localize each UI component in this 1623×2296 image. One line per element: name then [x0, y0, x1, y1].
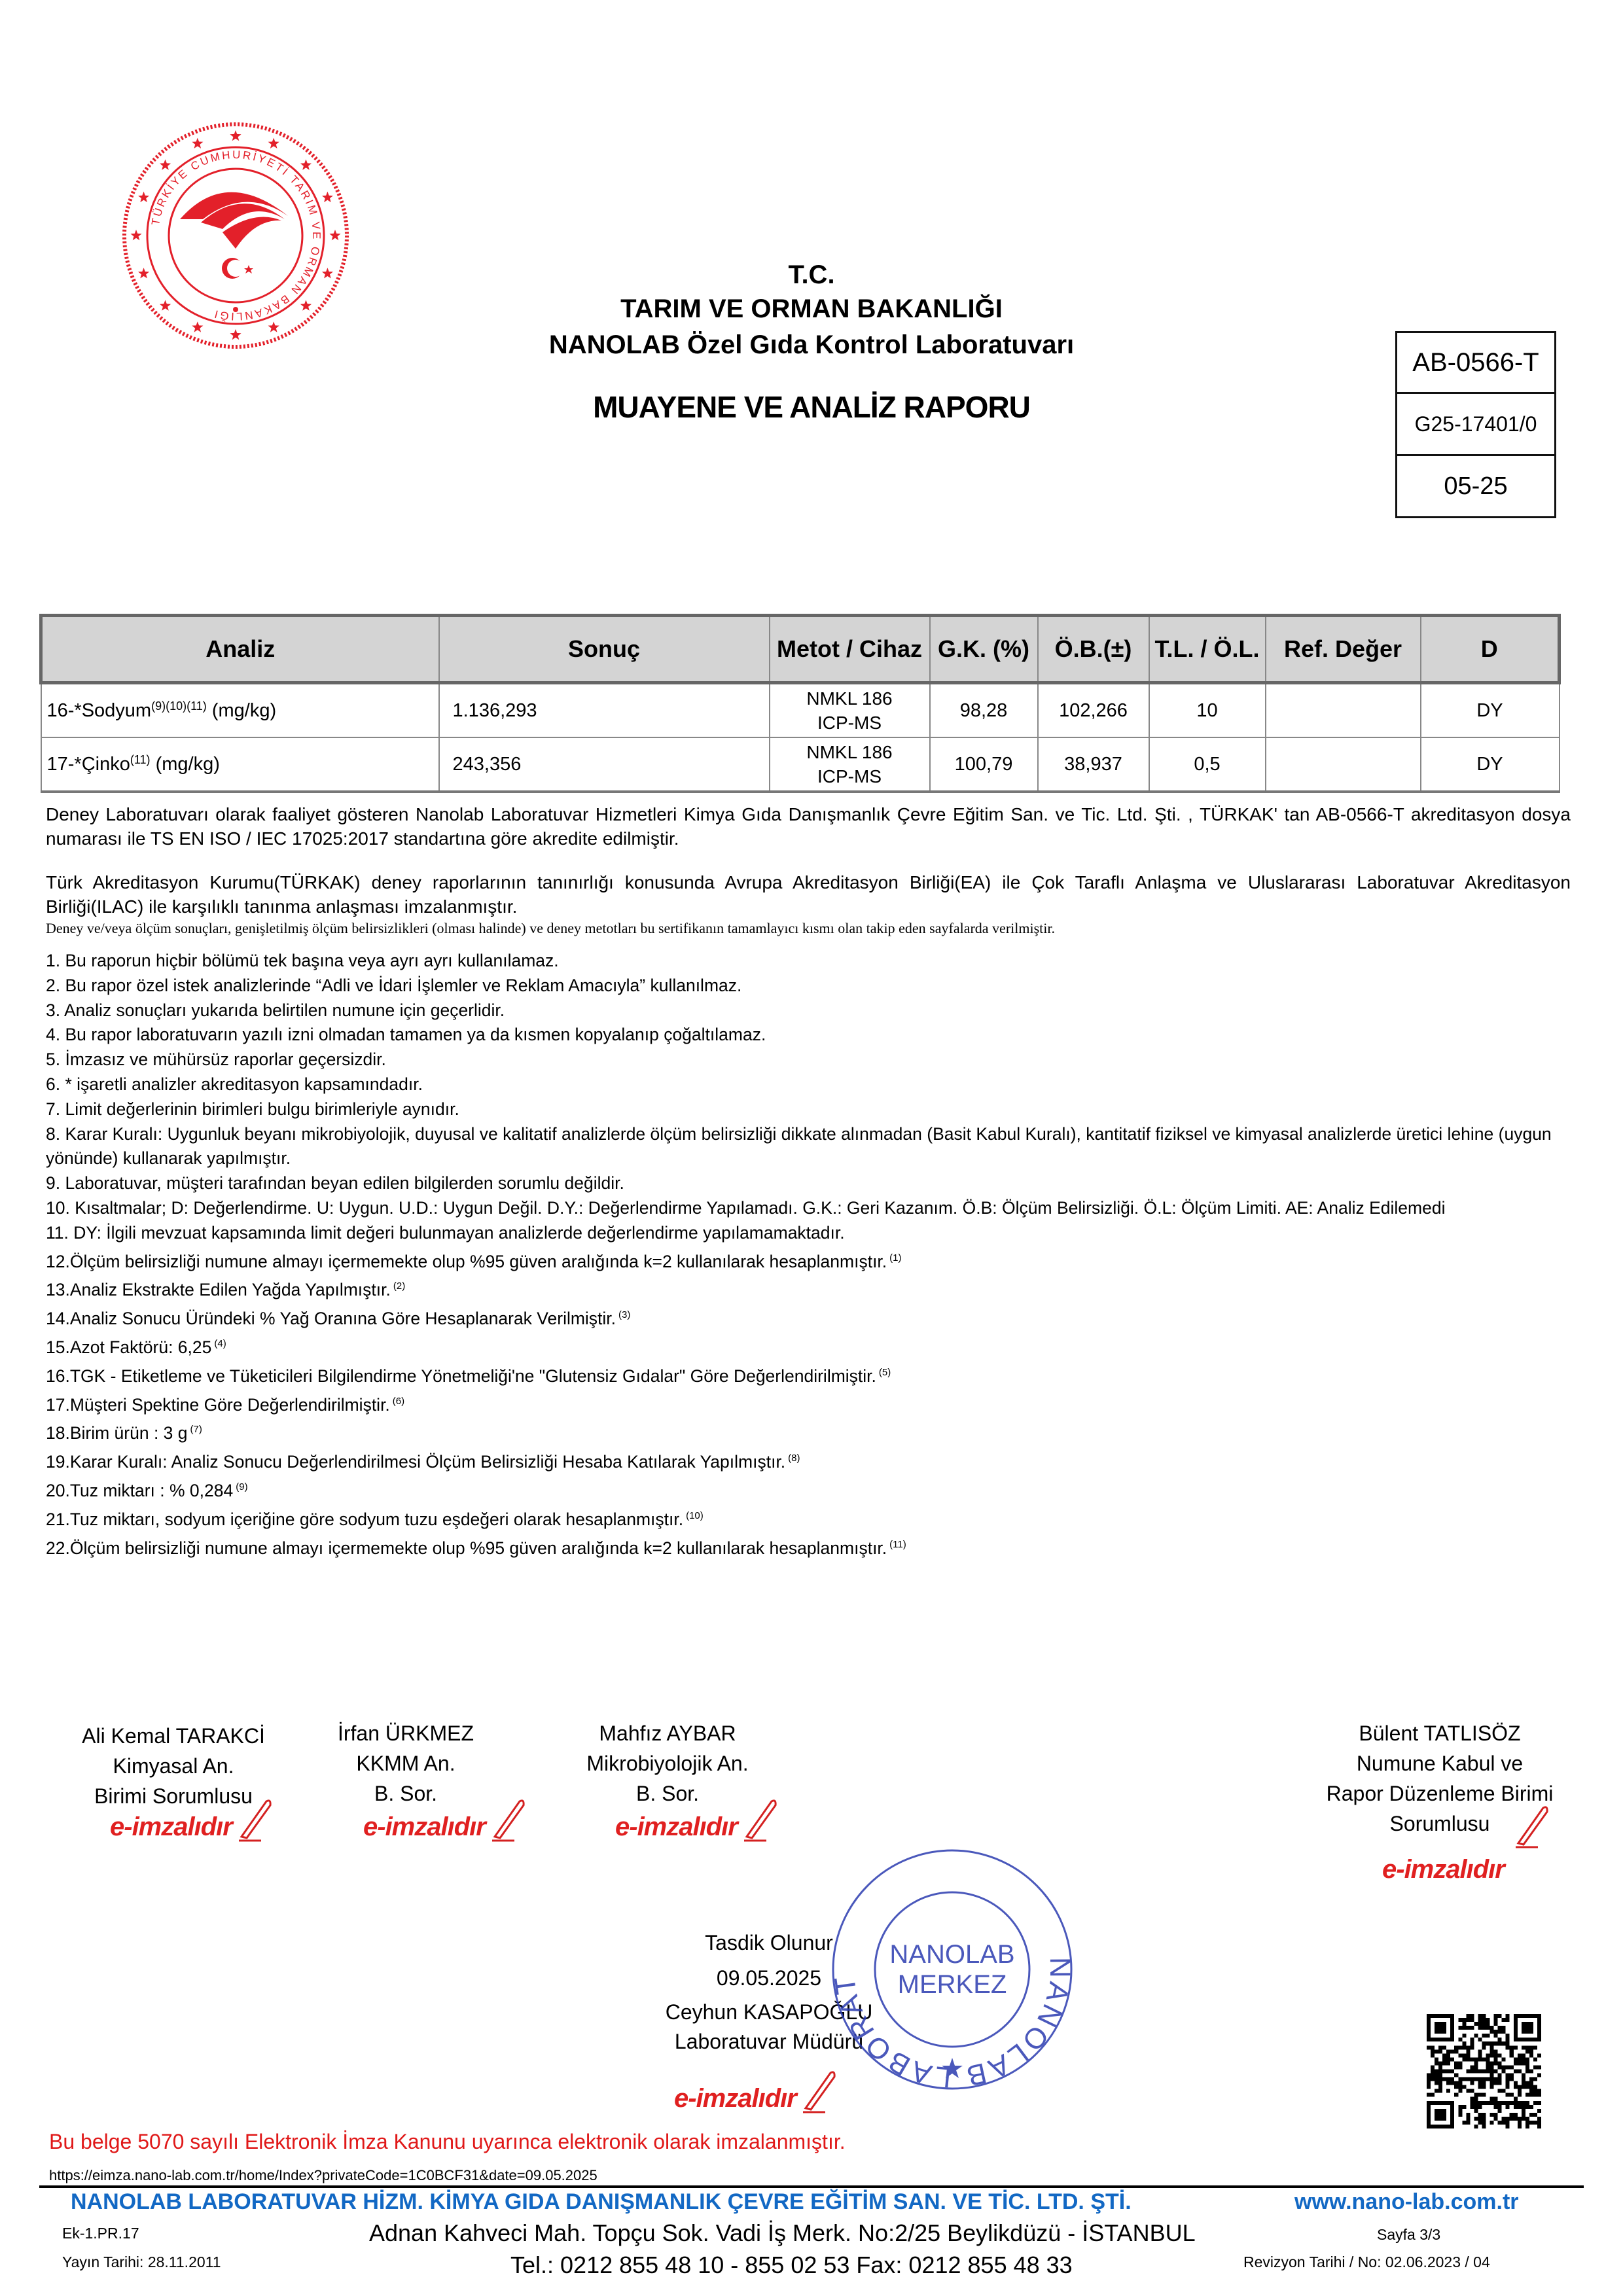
header-tc: T.C.	[458, 260, 1165, 290]
e-signed-label: e-imzalıdır	[110, 1812, 232, 1841]
uncertainty-cell: 38,937	[1038, 737, 1149, 792]
signer-2: İrfan ÜRKMEZ KKMM An. B. Sor.	[308, 1718, 504, 1809]
recovery-cell: 98,28	[930, 683, 1038, 738]
note-item: 4. Bu rapor laboratuvarın yazılı izni ol…	[46, 1023, 1571, 1048]
column-header-sonuc: Sonuç	[439, 616, 770, 683]
column-header-ref: Ref. Değer	[1266, 616, 1421, 683]
note-item: 17.Müşteri Spektine Göre Değerlendirilmi…	[46, 1389, 1571, 1418]
unit: (mg/kg)	[151, 754, 220, 775]
note-text: 21.Tuz miktarı, sodyum içeriğine göre so…	[46, 1510, 683, 1529]
note-footnote-ref: (1)	[889, 1252, 901, 1263]
note-text: 16.TGK - Etiketleme ve Tüketicileri Bilg…	[46, 1366, 876, 1386]
pen-icon	[235, 1796, 274, 1842]
pen-icon	[488, 1796, 527, 1842]
recovery-cell: 100,79	[930, 737, 1038, 792]
result-cell: 243,356	[439, 737, 770, 792]
date-code: 05-25	[1397, 456, 1554, 516]
note-text: 19.Karar Kuralı: Analiz Sonucu Değerlend…	[46, 1452, 785, 1472]
company-phone: Tel.: 0212 855 48 10 - 855 02 53 Fax: 02…	[510, 2252, 1073, 2279]
note-text: 4. Bu rapor laboratuvarın yazılı izni ol…	[46, 1025, 766, 1044]
note-text: 8. Karar Kuralı: Uygunluk beyanı mikrobi…	[46, 1124, 1552, 1169]
svg-text:MERKEZ: MERKEZ	[898, 1970, 1007, 1999]
e-signed-label: e-imzalıdır	[615, 1812, 738, 1841]
note-text: 3. Analiz sonuçları yukarıda belirtilen …	[46, 1000, 505, 1020]
unit: (mg/kg)	[207, 700, 276, 721]
verification-link[interactable]: https://eimza.nano-lab.com.tr/home/Index…	[49, 2167, 597, 2184]
footer-divider	[39, 2185, 1584, 2188]
note-footnote-ref: (10)	[686, 1510, 704, 1521]
note-item: 12.Ölçüm belirsizliği numune almayı içer…	[46, 1246, 1571, 1275]
report-number: G25-17401/0	[1397, 394, 1554, 456]
note-text: 20.Tuz miktarı : % 0,284	[46, 1481, 233, 1500]
qr-code-icon[interactable]	[1427, 2014, 1541, 2128]
note-text: 7. Limit değerlerinin birimleri bulgu bi…	[46, 1099, 459, 1119]
result-cell: 1.136,293	[439, 683, 770, 738]
recognition-statement: Türk Akreditasyon Kurumu(TÜRKAK) deney r…	[46, 870, 1571, 919]
svg-text:NANOLAB LABORATUVAR HİZMETLERİ: NANOLAB LABORATUVAR HİZMETLERİ	[828, 1845, 1076, 2093]
revision-info: Revizyon Tarihi / No: 02.06.2023 / 04	[1243, 2253, 1490, 2271]
e-signature-badge: e-imzalıdır	[615, 1796, 779, 1842]
analiz-cell: 16-*Sodyum(9)(10)(11) (mg/kg)	[41, 683, 439, 738]
note-footnote-ref: (2)	[393, 1280, 405, 1292]
accreditation-number: AB-0566-T	[1397, 333, 1554, 394]
note-item: 11. DY: İlgili mevzuat kapsamında limit …	[46, 1221, 1571, 1246]
e-signed-label: e-imzalıdır	[363, 1812, 486, 1841]
note-footnote-ref: (11)	[889, 1539, 906, 1550]
signer-name: Mahfız AYBAR	[563, 1718, 772, 1748]
note-footnote-ref: (5)	[879, 1367, 891, 1378]
method-cell: NMKL 186ICP-MS	[770, 683, 930, 738]
note-footnote-ref: (3)	[618, 1309, 630, 1320]
note-text: 14.Analiz Sonucu Üründeki % Yağ Oranına …	[46, 1309, 616, 1328]
laboratory-name: NANOLAB Özel Gıda Kontrol Laboratuvarı	[458, 330, 1165, 360]
e-signed-label: e-imzalıdır	[1382, 1855, 1505, 1884]
note-text: 12.Ölçüm belirsizliği numune almayı içer…	[46, 1252, 887, 1271]
note-text: 10. Kısaltmalar; D: Değerlendirme. U: Uy…	[46, 1198, 1445, 1218]
note-text: 15.Azot Faktörü: 6,25	[46, 1337, 211, 1357]
column-header-tl-ol: T.L. / Ö.L.	[1149, 616, 1266, 683]
e-signature-badge: e-imzalıdır	[110, 1796, 274, 1842]
ministry-logo-icon: TÜRKİYE CUMHURİYETİ TARIM VE ORMAN BAKAN…	[115, 115, 357, 357]
note-text: 1. Bu raporun hiçbir bölümü tek başına v…	[46, 951, 559, 970]
notes-list: 1. Bu raporun hiçbir bölümü tek başına v…	[46, 949, 1571, 1561]
accreditation-statement: Deney Laboratuvarı olarak faaliyet göste…	[46, 802, 1571, 851]
publication-date: Yayın Tarihi: 28.11.2011	[62, 2253, 221, 2271]
e-signature-badge: e-imzalıdır	[674, 2068, 838, 2113]
note-text: 6. * işaretli analizler akreditasyon kap…	[46, 1074, 423, 1094]
results-note: Deney ve/veya ölçüm sonuçları, genişleti…	[46, 916, 1571, 940]
column-header-metot: Metot / Cihaz	[770, 616, 930, 683]
note-item: 20.Tuz miktarı : % 0,284(9)	[46, 1475, 1571, 1504]
column-header-ob: Ö.B.(±)	[1038, 616, 1149, 683]
analysis-name: 17-*Çinko	[47, 754, 130, 775]
method-cell: NMKL 186ICP-MS	[770, 737, 930, 792]
note-text: 9. Laboratuvar, müşteri tarafından beyan…	[46, 1173, 624, 1193]
note-item: 18.Birim ürün : 3 g(7)	[46, 1417, 1571, 1446]
note-item: 13.Analiz Ekstrakte Edilen Yağda Yapılmı…	[46, 1274, 1571, 1303]
report-title: MUAYENE VE ANALİZ RAPORU	[458, 389, 1165, 425]
device-name: ICP-MS	[776, 764, 924, 788]
note-footnote-ref: (4)	[214, 1338, 226, 1349]
signer-name: Ali Kemal TARAKCİ	[59, 1721, 288, 1751]
note-item: 6. * işaretli analizler akreditasyon kap…	[46, 1072, 1571, 1097]
e-signature-badge: e-imzalıdır	[1382, 1855, 1505, 1884]
note-item: 14.Analiz Sonucu Üründeki % Yağ Oranına …	[46, 1303, 1571, 1332]
note-item: 5. İmzasız ve mühürsüz raporlar geçersiz…	[46, 1048, 1571, 1072]
footnote-refs: (11)	[130, 753, 151, 766]
evaluation-cell: DY	[1421, 683, 1560, 738]
note-text: 22.Ölçüm belirsizliği numune almayı içer…	[46, 1538, 887, 1558]
note-footnote-ref: (8)	[788, 1453, 800, 1464]
note-item: 9. Laboratuvar, müşteri tarafından beyan…	[46, 1171, 1571, 1196]
reference-cell	[1266, 683, 1421, 738]
note-text: 18.Birim ürün : 3 g	[46, 1423, 188, 1443]
device-name: ICP-MS	[776, 711, 924, 735]
table-header-row: Analiz Sonuç Metot / Cihaz G.K. (%) Ö.B.…	[41, 616, 1560, 683]
note-text: 13.Analiz Ekstrakte Edilen Yağda Yapılmı…	[46, 1280, 391, 1299]
signer-name: Bülent TATLISÖZ	[1309, 1718, 1571, 1748]
pen-icon	[1512, 1803, 1551, 1848]
company-stamp-icon: NANOLAB LABORATUVAR HİZMETLERİ NANOLAB M…	[828, 1845, 1077, 2094]
website-link[interactable]: www.nano-lab.com.tr	[1294, 2189, 1519, 2215]
signer-role: Numune Kabul ve	[1309, 1748, 1571, 1778]
column-header-analiz: Analiz	[41, 616, 439, 683]
note-text: 17.Müşteri Spektine Göre Değerlendirilmi…	[46, 1395, 390, 1415]
method-name: NMKL 186	[776, 740, 924, 764]
e-signature-notice: Bu belge 5070 sayılı Elektronik İmza Kan…	[49, 2130, 846, 2154]
note-footnote-ref: (7)	[190, 1424, 202, 1435]
note-item: 2. Bu rapor özel istek analizlerinde “Ad…	[46, 974, 1571, 998]
note-item: 3. Analiz sonuçları yukarıda belirtilen …	[46, 998, 1571, 1023]
limit-cell: 0,5	[1149, 737, 1266, 792]
evaluation-cell: DY	[1421, 737, 1560, 792]
limit-cell: 10	[1149, 683, 1266, 738]
e-signed-label: e-imzalıdır	[674, 2084, 796, 2113]
analiz-cell: 17-*Çinko(11) (mg/kg)	[41, 737, 439, 792]
footnote-refs: (9)(10)(11)	[151, 699, 207, 713]
report-code-box: AB-0566-T G25-17401/0 05-25	[1395, 331, 1556, 518]
e-signature-badge: e-imzalıdır	[363, 1796, 527, 1842]
column-header-gk: G.K. (%)	[930, 616, 1038, 683]
uncertainty-cell: 102,266	[1038, 683, 1149, 738]
note-item: 10. Kısaltmalar; D: Değerlendirme. U: Uy…	[46, 1196, 1571, 1221]
note-text: 2. Bu rapor özel istek analizlerinde “Ad…	[46, 976, 741, 995]
note-item: 16.TGK - Etiketleme ve Tüketicileri Bilg…	[46, 1360, 1571, 1389]
note-item: 1. Bu raporun hiçbir bölümü tek başına v…	[46, 949, 1571, 974]
note-footnote-ref: (6)	[393, 1396, 404, 1407]
note-footnote-ref: (9)	[236, 1481, 247, 1492]
table-row: 17-*Çinko(11) (mg/kg) 243,356 NMKL 186IC…	[41, 737, 1560, 792]
svg-text:NANOLAB: NANOLAB	[889, 1940, 1014, 1969]
company-address: Adnan Kahveci Mah. Topçu Sok. Vadi İş Me…	[369, 2219, 1196, 2247]
note-item: 21.Tuz miktarı, sodyum içeriğine göre so…	[46, 1504, 1571, 1532]
signer-role: Mikrobiyolojik An.	[563, 1748, 772, 1778]
note-item: 8. Karar Kuralı: Uygunluk beyanı mikrobi…	[46, 1122, 1571, 1172]
reference-cell	[1266, 737, 1421, 792]
results-table: Analiz Sonuç Metot / Cihaz G.K. (%) Ö.B.…	[39, 614, 1561, 793]
form-code: Ek-1.PR.17	[62, 2225, 139, 2242]
analysis-name: 16-*Sodyum	[47, 700, 152, 721]
note-item: 22.Ölçüm belirsizliği numune almayı içer…	[46, 1532, 1571, 1561]
note-text: 11. DY: İlgili mevzuat kapsamında limit …	[46, 1223, 845, 1243]
note-item: 7. Limit değerlerinin birimleri bulgu bi…	[46, 1097, 1571, 1122]
table-row: 16-*Sodyum(9)(10)(11) (mg/kg) 1.136,293 …	[41, 683, 1560, 738]
note-item: 19.Karar Kuralı: Analiz Sonucu Değerlend…	[46, 1446, 1571, 1475]
page-number: Sayfa 3/3	[1377, 2226, 1440, 2244]
signer-name: İrfan ÜRKMEZ	[308, 1718, 504, 1748]
signer-3: Mahfız AYBAR Mikrobiyolojik An. B. Sor.	[563, 1718, 772, 1809]
column-header-d: D	[1421, 616, 1560, 683]
ministry-name: TARIM VE ORMAN BAKANLIĞI	[458, 294, 1165, 324]
company-name: NANOLAB LABORATUVAR HİZM. KİMYA GIDA DAN…	[71, 2189, 1132, 2215]
pen-icon	[740, 1796, 779, 1842]
note-text: 5. İmzasız ve mühürsüz raporlar geçersiz…	[46, 1050, 386, 1069]
note-item: 15.Azot Faktörü: 6,25(4)	[46, 1332, 1571, 1360]
signer-role: Kimyasal An.	[59, 1751, 288, 1781]
method-name: NMKL 186	[776, 686, 924, 711]
signer-role: KKMM An.	[308, 1748, 504, 1778]
